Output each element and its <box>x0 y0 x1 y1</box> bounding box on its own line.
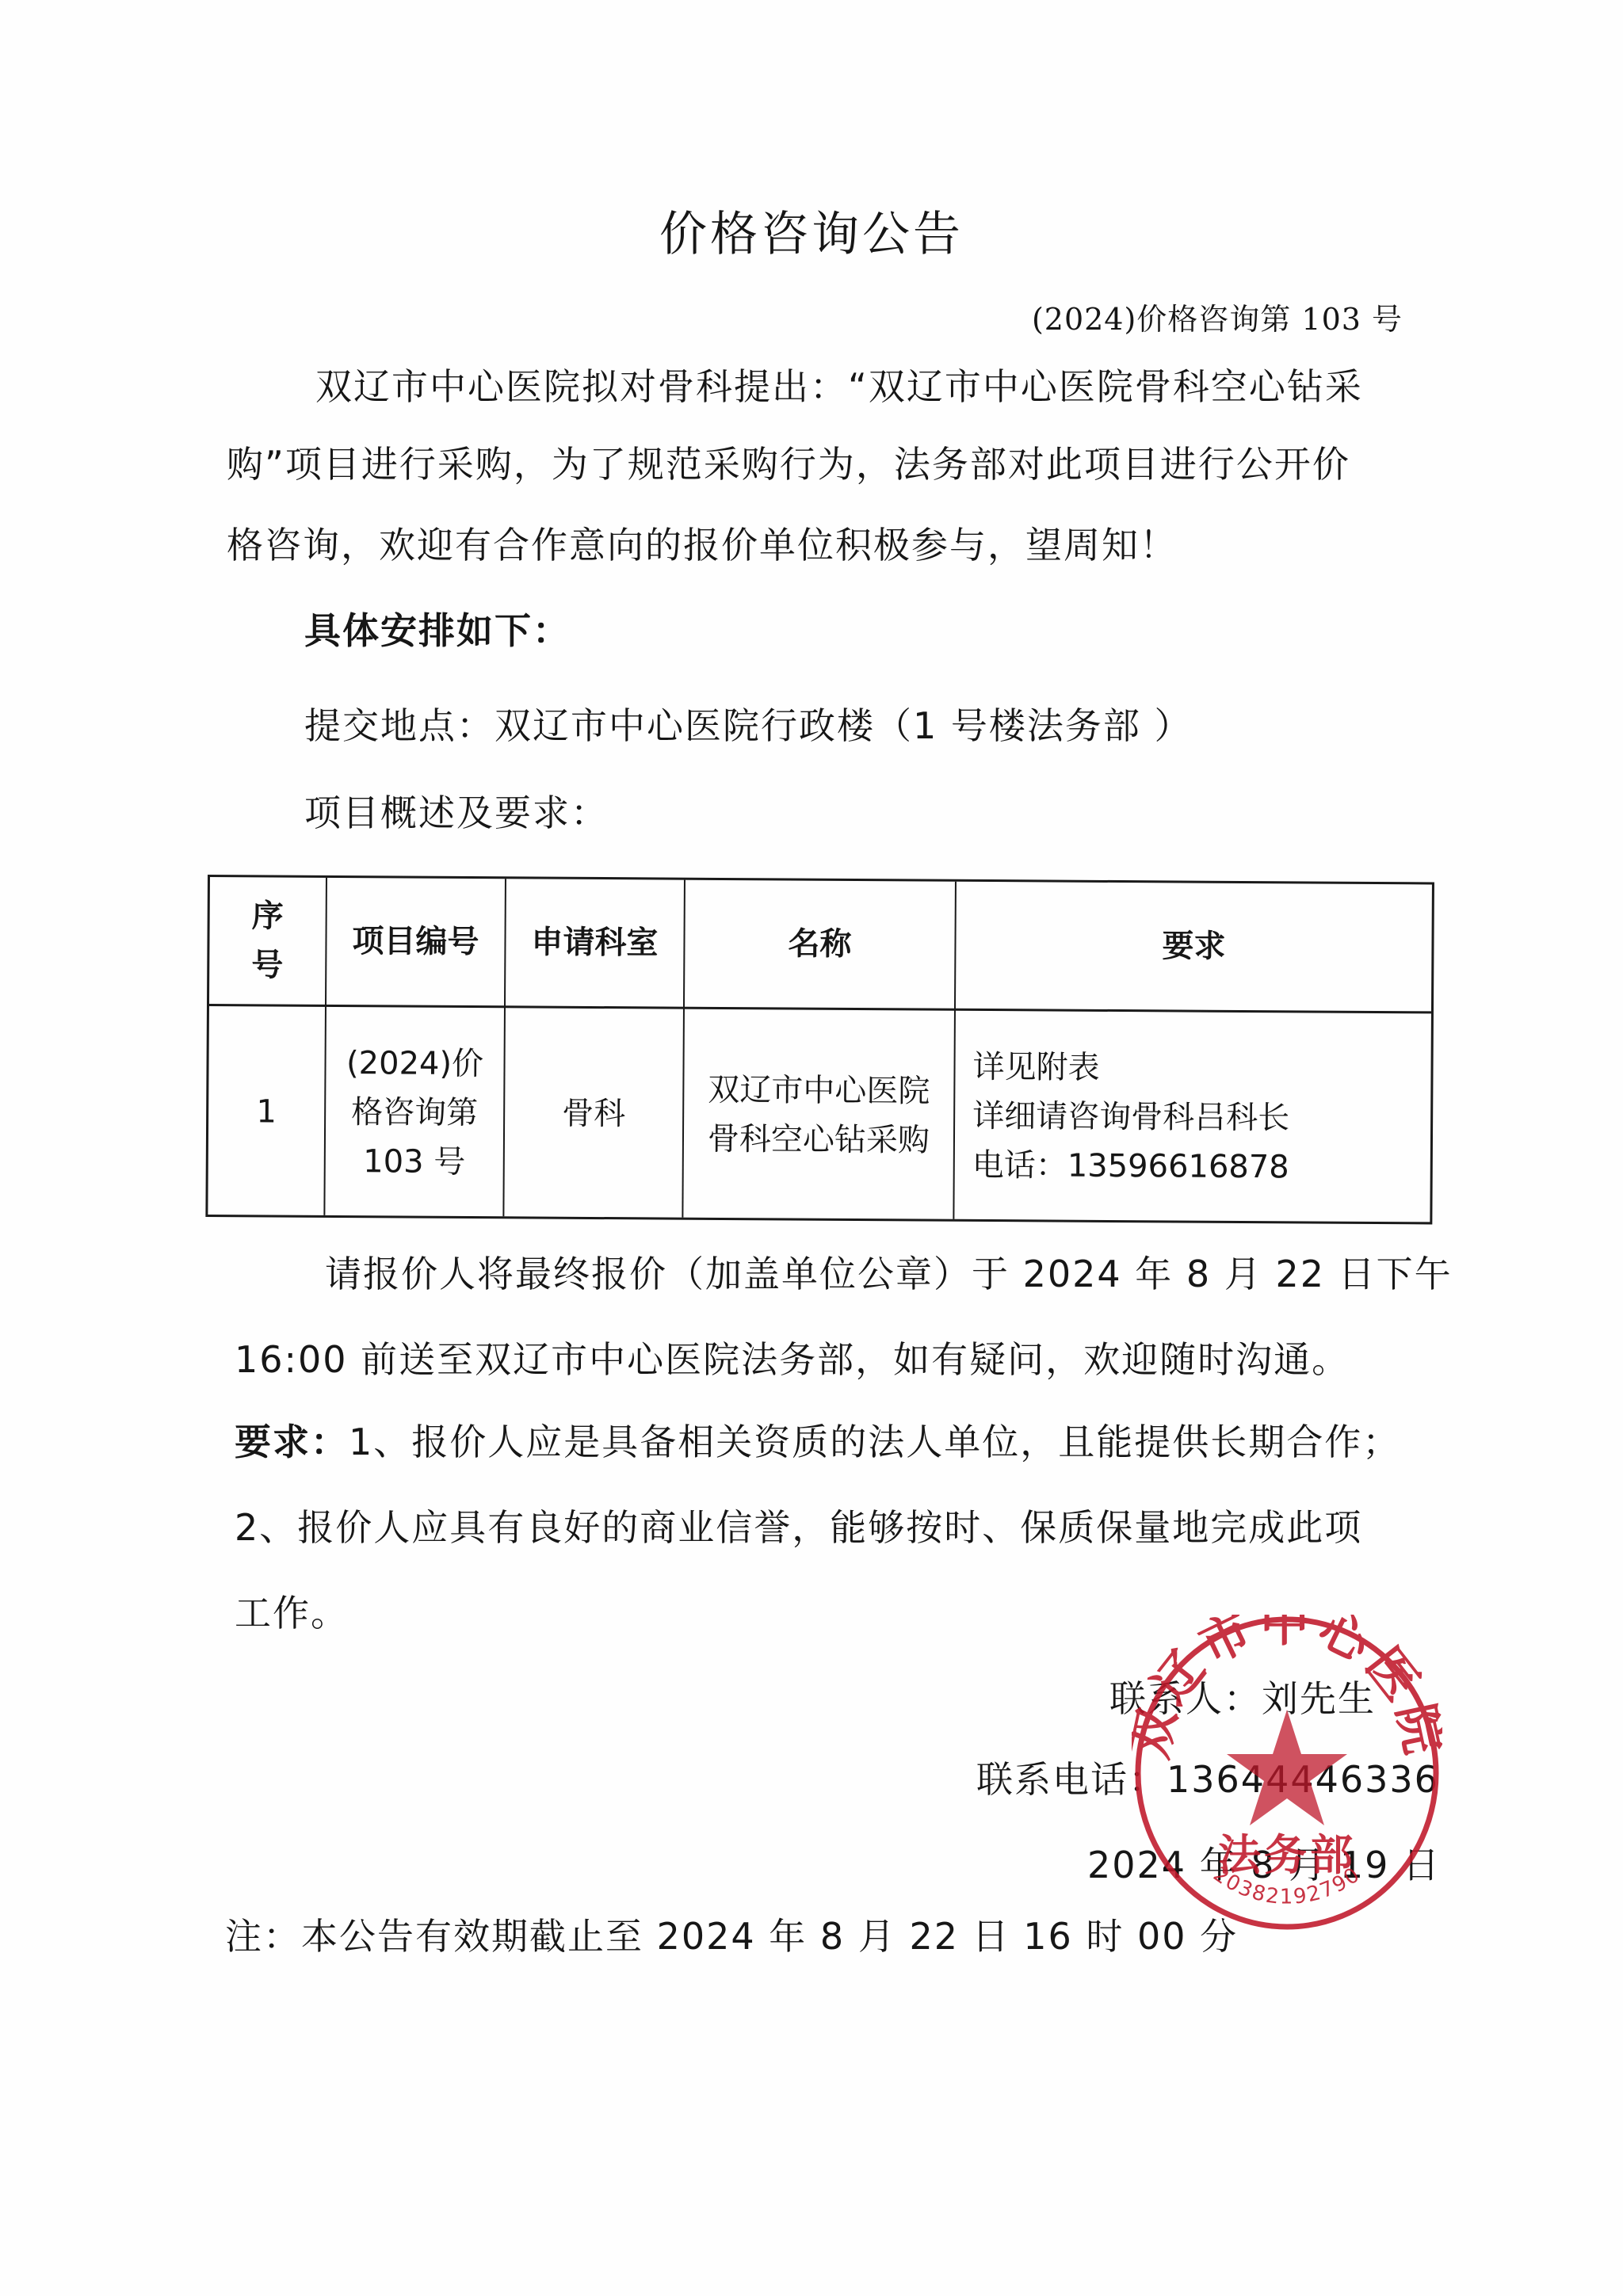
overview-heading: 项目概述及要求： <box>304 784 609 837</box>
intro-line-2: 购”项目进行采购，为了规范采购行为，法务部对此项目进行公开价 <box>227 436 1350 488</box>
document-title: 价格咨询公告 <box>0 196 1623 265</box>
header-seq: 序 号 <box>209 877 326 1005</box>
row-seq: 1 <box>208 1006 325 1218</box>
deadline-line-1: 请报价人将最终报价（加盖单位公章）于 2024 年 8 月 22 日下午 <box>325 1245 1453 1298</box>
project-table: 序 号 项目编号 申请科室 名称 要求 1 (2024)价 格咨询第 103 号… <box>205 875 1434 1224</box>
requirements-line-3: 工作。 <box>235 1585 349 1637</box>
header-name: 名称 <box>685 880 955 1009</box>
header-requirements: 要求 <box>956 882 1432 1012</box>
deadline-line-2: 16:00 前送至双辽市中心医院法务部，如有疑问，欢迎随时沟通。 <box>235 1331 1350 1383</box>
row-project-no-line-3: 103 号 <box>346 1137 483 1187</box>
requirements-line-2: 2、报价人应具有良好的商业信誉，能够按时、保质保量地完成此项 <box>235 1499 1362 1551</box>
requirements-label: 要求： <box>235 1421 349 1463</box>
row-project-no-line-2: 格咨询第 <box>346 1088 483 1138</box>
document-number: (2024)价格咨询第 103 号 <box>1032 295 1403 338</box>
header-seq-line-2: 号 <box>251 940 283 990</box>
contact-date: 2024 年 8 月 19 日 <box>1087 1836 1441 1889</box>
arrangement-heading: 具体安排如下： <box>304 602 571 654</box>
row-name-line-2: 骨科空心钻采购 <box>708 1115 930 1165</box>
row-name-line-1: 双辽市中心医院 <box>708 1066 930 1116</box>
intro-line-3: 格咨询，欢迎有合作意向的报价单位积极参与，望周知！ <box>227 517 1178 569</box>
requirements-item-1: 1、报价人应是具备相关资质的法人单位，且能提供长期合作； <box>349 1421 1400 1463</box>
contact-phone: 联系电话：13644446336 <box>976 1751 1439 1803</box>
header-seq-line-1: 序 <box>251 891 283 940</box>
document-page: 价格咨询公告 (2024)价格咨询第 103 号 双辽市中心医院拟对骨科提出：“… <box>0 0 1623 2296</box>
row-project-no-line-1: (2024)价 <box>346 1039 483 1089</box>
submit-location: 提交地点：双辽市中心医院行政楼（1 号楼法务部 ） <box>304 697 1193 749</box>
footer-note: 注：本公告有效期截止至 2024 年 8 月 22 日 16 时 00 分 <box>225 1908 1238 1960</box>
row-req-line-1: 详见附表 <box>972 1043 1289 1093</box>
header-project-no: 项目编号 <box>327 878 505 1005</box>
row-project-no: (2024)价 格咨询第 103 号 <box>325 1007 504 1219</box>
header-department: 申请科室 <box>506 879 684 1006</box>
requirements-line-1: 要求：1、报价人应是具备相关资质的法人单位，且能提供长期合作； <box>235 1413 1400 1466</box>
row-req-line-2: 详细请咨询骨科吕科长 <box>972 1092 1289 1142</box>
row-name: 双辽市中心医院 骨科空心钻采购 <box>683 1009 954 1222</box>
row-requirements: 详见附表 详细请咨询骨科吕科长 电话：13596616878 <box>954 1011 1431 1225</box>
intro-line-1: 双辽市中心医院拟对骨科提出：“双辽市中心医院骨科空心钻采 <box>315 358 1363 410</box>
contact-person: 联系人：刘先生 <box>1109 1670 1376 1722</box>
row-department: 骨科 <box>504 1008 683 1219</box>
row-req-line-3: 电话：13596616878 <box>972 1141 1289 1192</box>
